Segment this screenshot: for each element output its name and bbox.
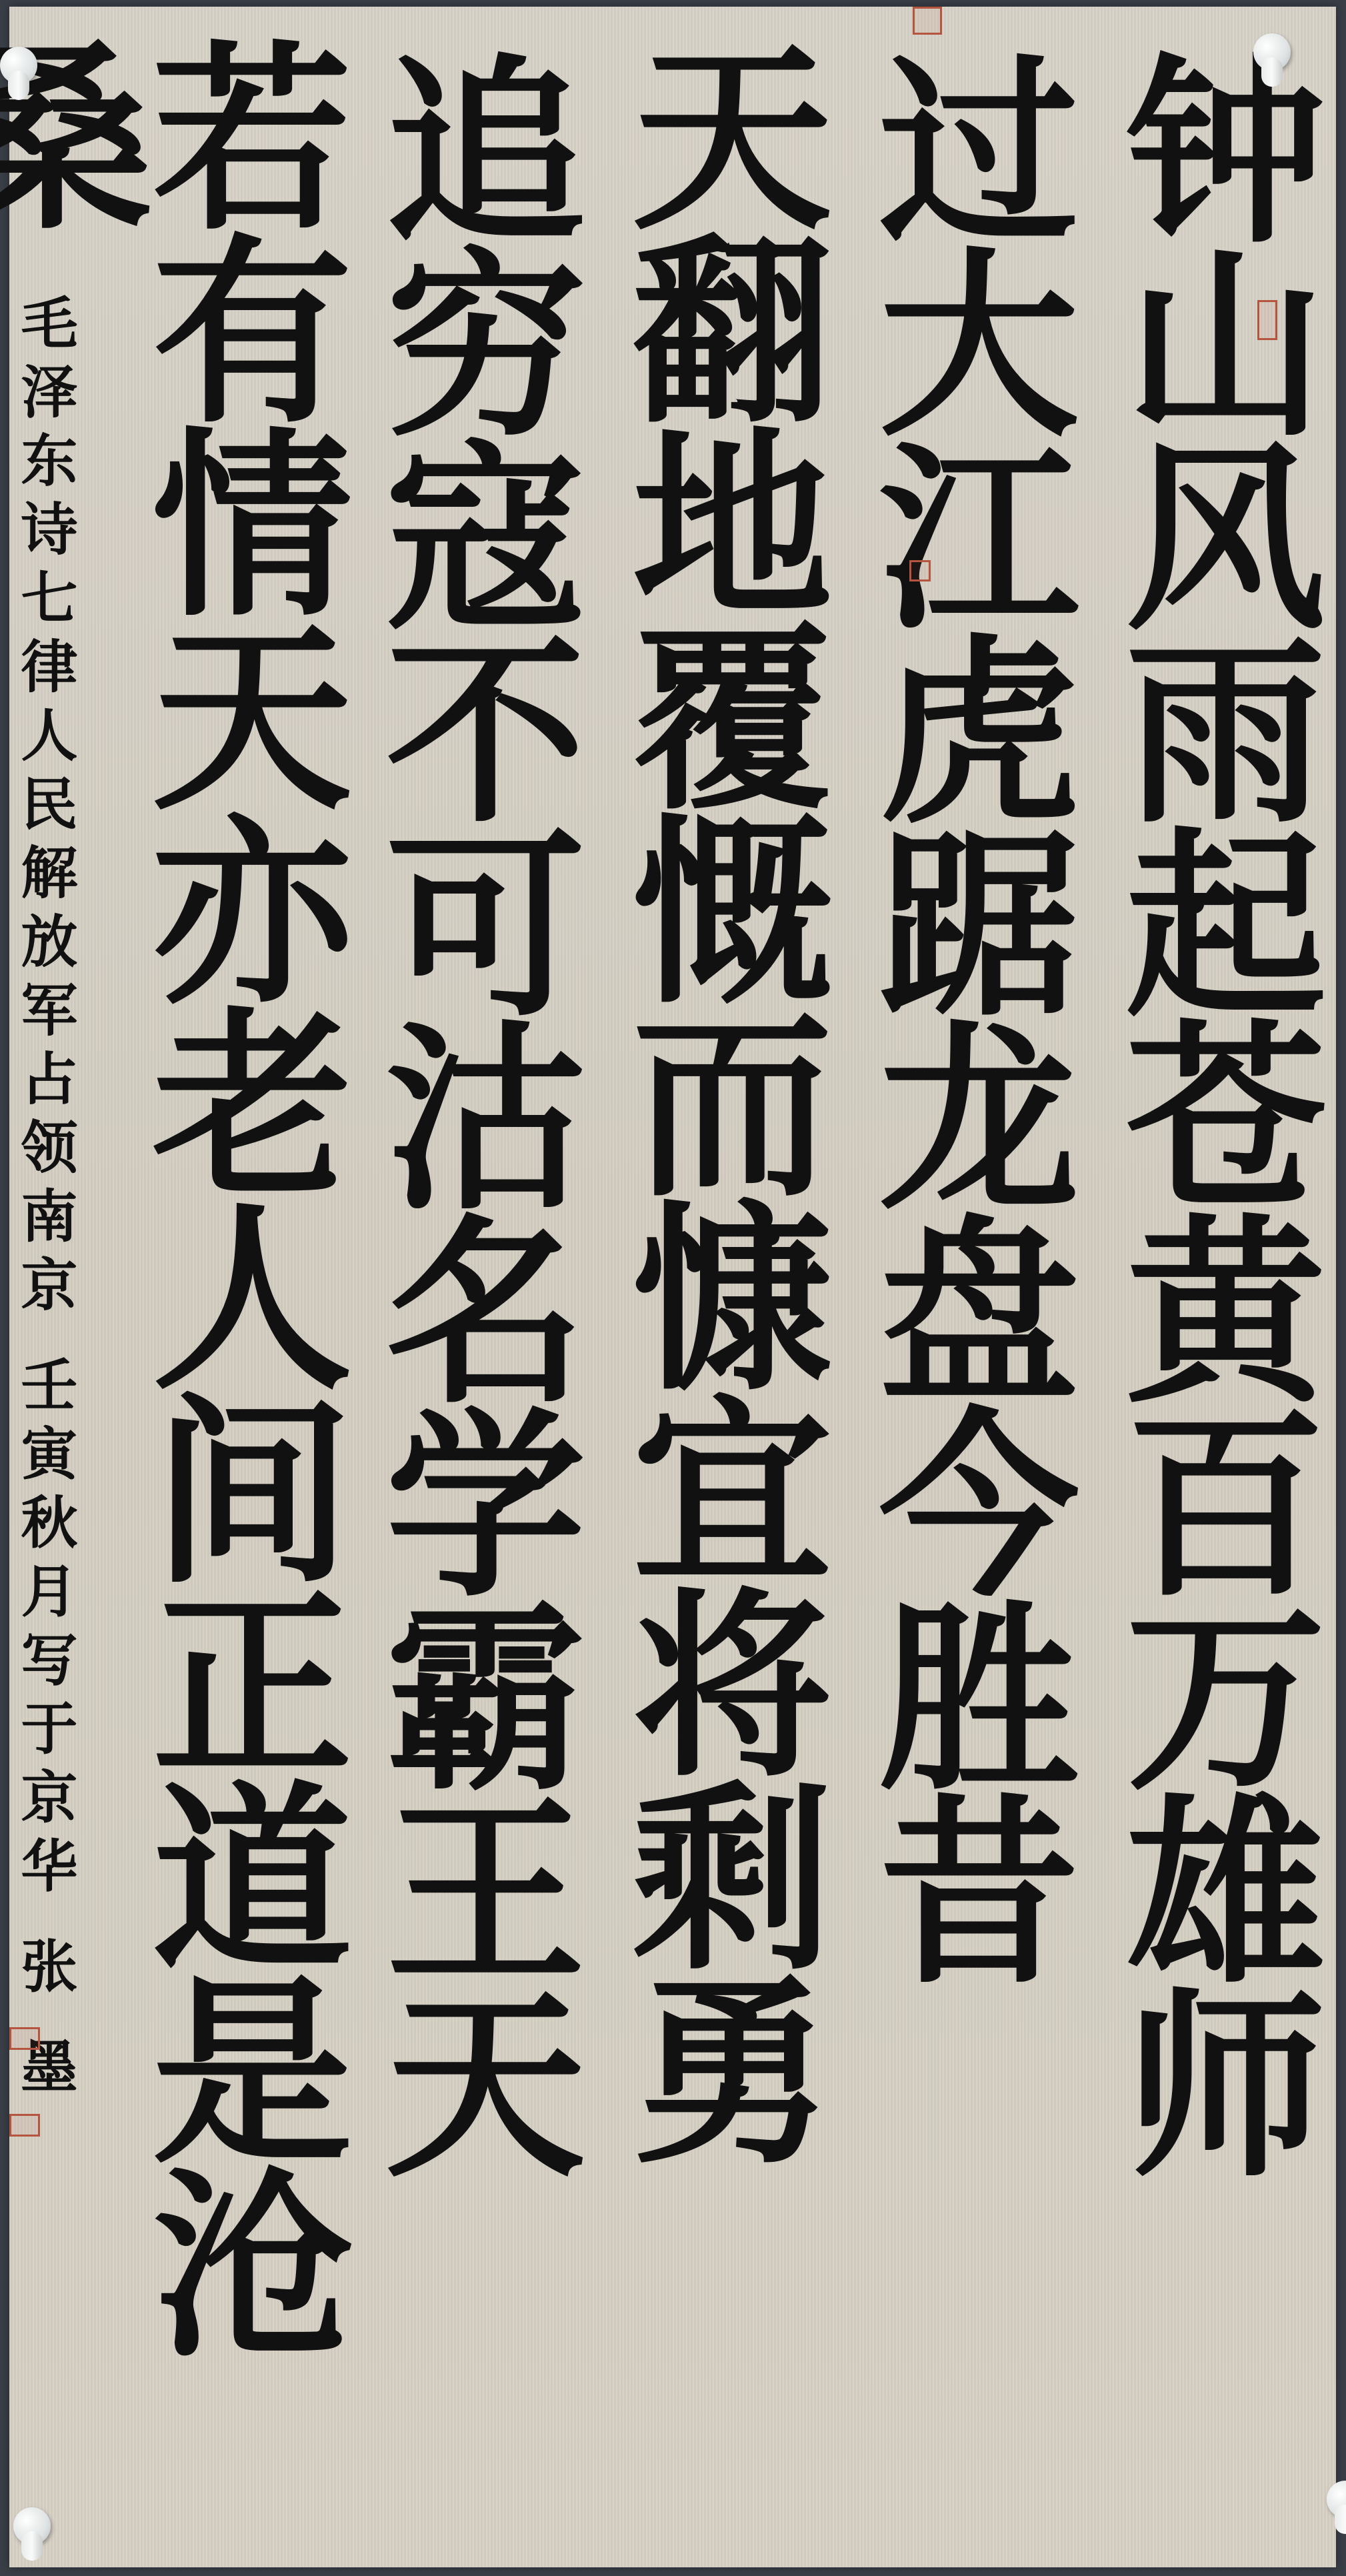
pin-bottom-right: [1327, 2481, 1346, 2534]
text-column-3: 天翻地覆慨而慷宜将剩勇: [616, 33, 816, 2501]
inscription-column: 毛泽东诗七律人民解放军占领南京 壬寅秋月写于京华 张 墨: [16, 293, 73, 2161]
text-column-2: 过大江虎踞龙盘今胜昔: [863, 47, 1063, 2514]
pin-top-left: [0, 47, 37, 100]
pin-bottom-left: [13, 2507, 51, 2561]
calligraphy-scroll-paper: 钟山风雨起苍黄百万雄师 过大江虎踞龙盘今胜昔 天翻地覆慨而慷宜将剩勇 追穷寇不可…: [9, 7, 1336, 2567]
pin-top-right: [1253, 33, 1291, 87]
seal-left-lower-2: [9, 2114, 40, 2137]
seal-top-center: [913, 7, 942, 35]
text-column-1: 钟山风雨起苍黄百万雄师: [1109, 47, 1309, 2514]
seal-center-left: [909, 560, 931, 581]
seal-left-lower-1: [9, 2027, 40, 2050]
seal-right-middle: [1257, 300, 1277, 340]
text-column-4: 追穷寇不可沽名学霸王天: [369, 47, 569, 2514]
